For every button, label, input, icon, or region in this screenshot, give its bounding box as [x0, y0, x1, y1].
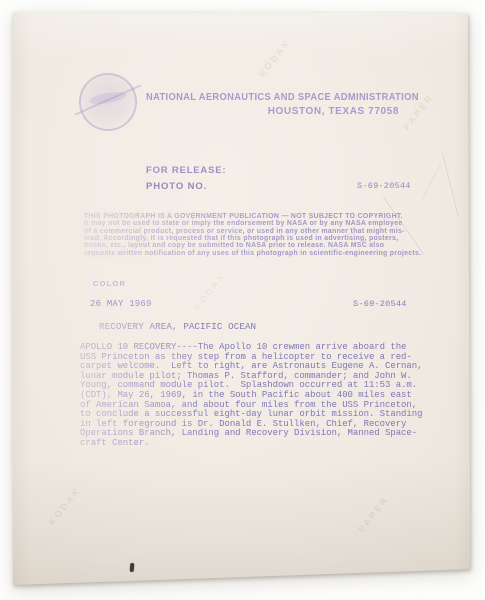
kodak-paper-watermark: PAPER — [356, 494, 390, 534]
paper-crease — [441, 154, 458, 218]
color-note: COLOR — [93, 279, 126, 288]
copyright-line: It may not be used to state or imply the… — [84, 220, 414, 227]
photo-number-label: PHOTO NO. — [146, 181, 207, 192]
paper-surface: KODAK PAPER KODAK PAPER KODAK NATIONAL A… — [12, 11, 472, 587]
ink-mark — [130, 563, 135, 572]
copyright-line: of a commercial product, process or serv… — [84, 228, 414, 235]
agency-name: NATIONAL AERONAUTICS AND SPACE ADMINISTR… — [146, 92, 397, 103]
copyright-line: lead. Accordingly, it is requested that … — [84, 235, 414, 242]
kodak-paper-watermark: KODAK — [47, 485, 83, 527]
copyright-notice: THIS PHOTOGRAPH IS A GOVERNMENT PUBLICAT… — [84, 213, 414, 257]
kodak-paper-watermark: KODAK — [192, 270, 228, 312]
photo-verso-sheet: KODAK PAPER KODAK PAPER KODAK NATIONAL A… — [12, 11, 472, 587]
kodak-paper-watermark: KODAK — [257, 37, 293, 79]
agency-office: HOUSTON, TEXAS 77058 — [268, 106, 399, 117]
copyright-line: THIS PHOTOGRAPH IS A GOVERNMENT PUBLICAT… — [84, 213, 414, 220]
nasa-seal-stamp-icon — [79, 73, 137, 131]
copyright-line: requests written notification of any use… — [84, 250, 414, 257]
photo-number-repeat: S-69-20544 — [353, 299, 407, 309]
photo-caption: APOLLO 10 RECOVERY----The Apollo 10 crew… — [80, 343, 422, 449]
paper-crease — [421, 163, 441, 199]
subject-line: RECOVERY AREA, PACIFIC OCEAN — [99, 321, 256, 332]
copyright-line: books, etc., layout and copy be submitte… — [84, 242, 414, 249]
for-release-label: FOR RELEASE: — [146, 165, 226, 176]
date-line: 26 MAY 1969 — [90, 299, 152, 309]
photo-number: S-69-20544 — [357, 181, 411, 191]
caption-line: craft Center. — [80, 439, 422, 449]
